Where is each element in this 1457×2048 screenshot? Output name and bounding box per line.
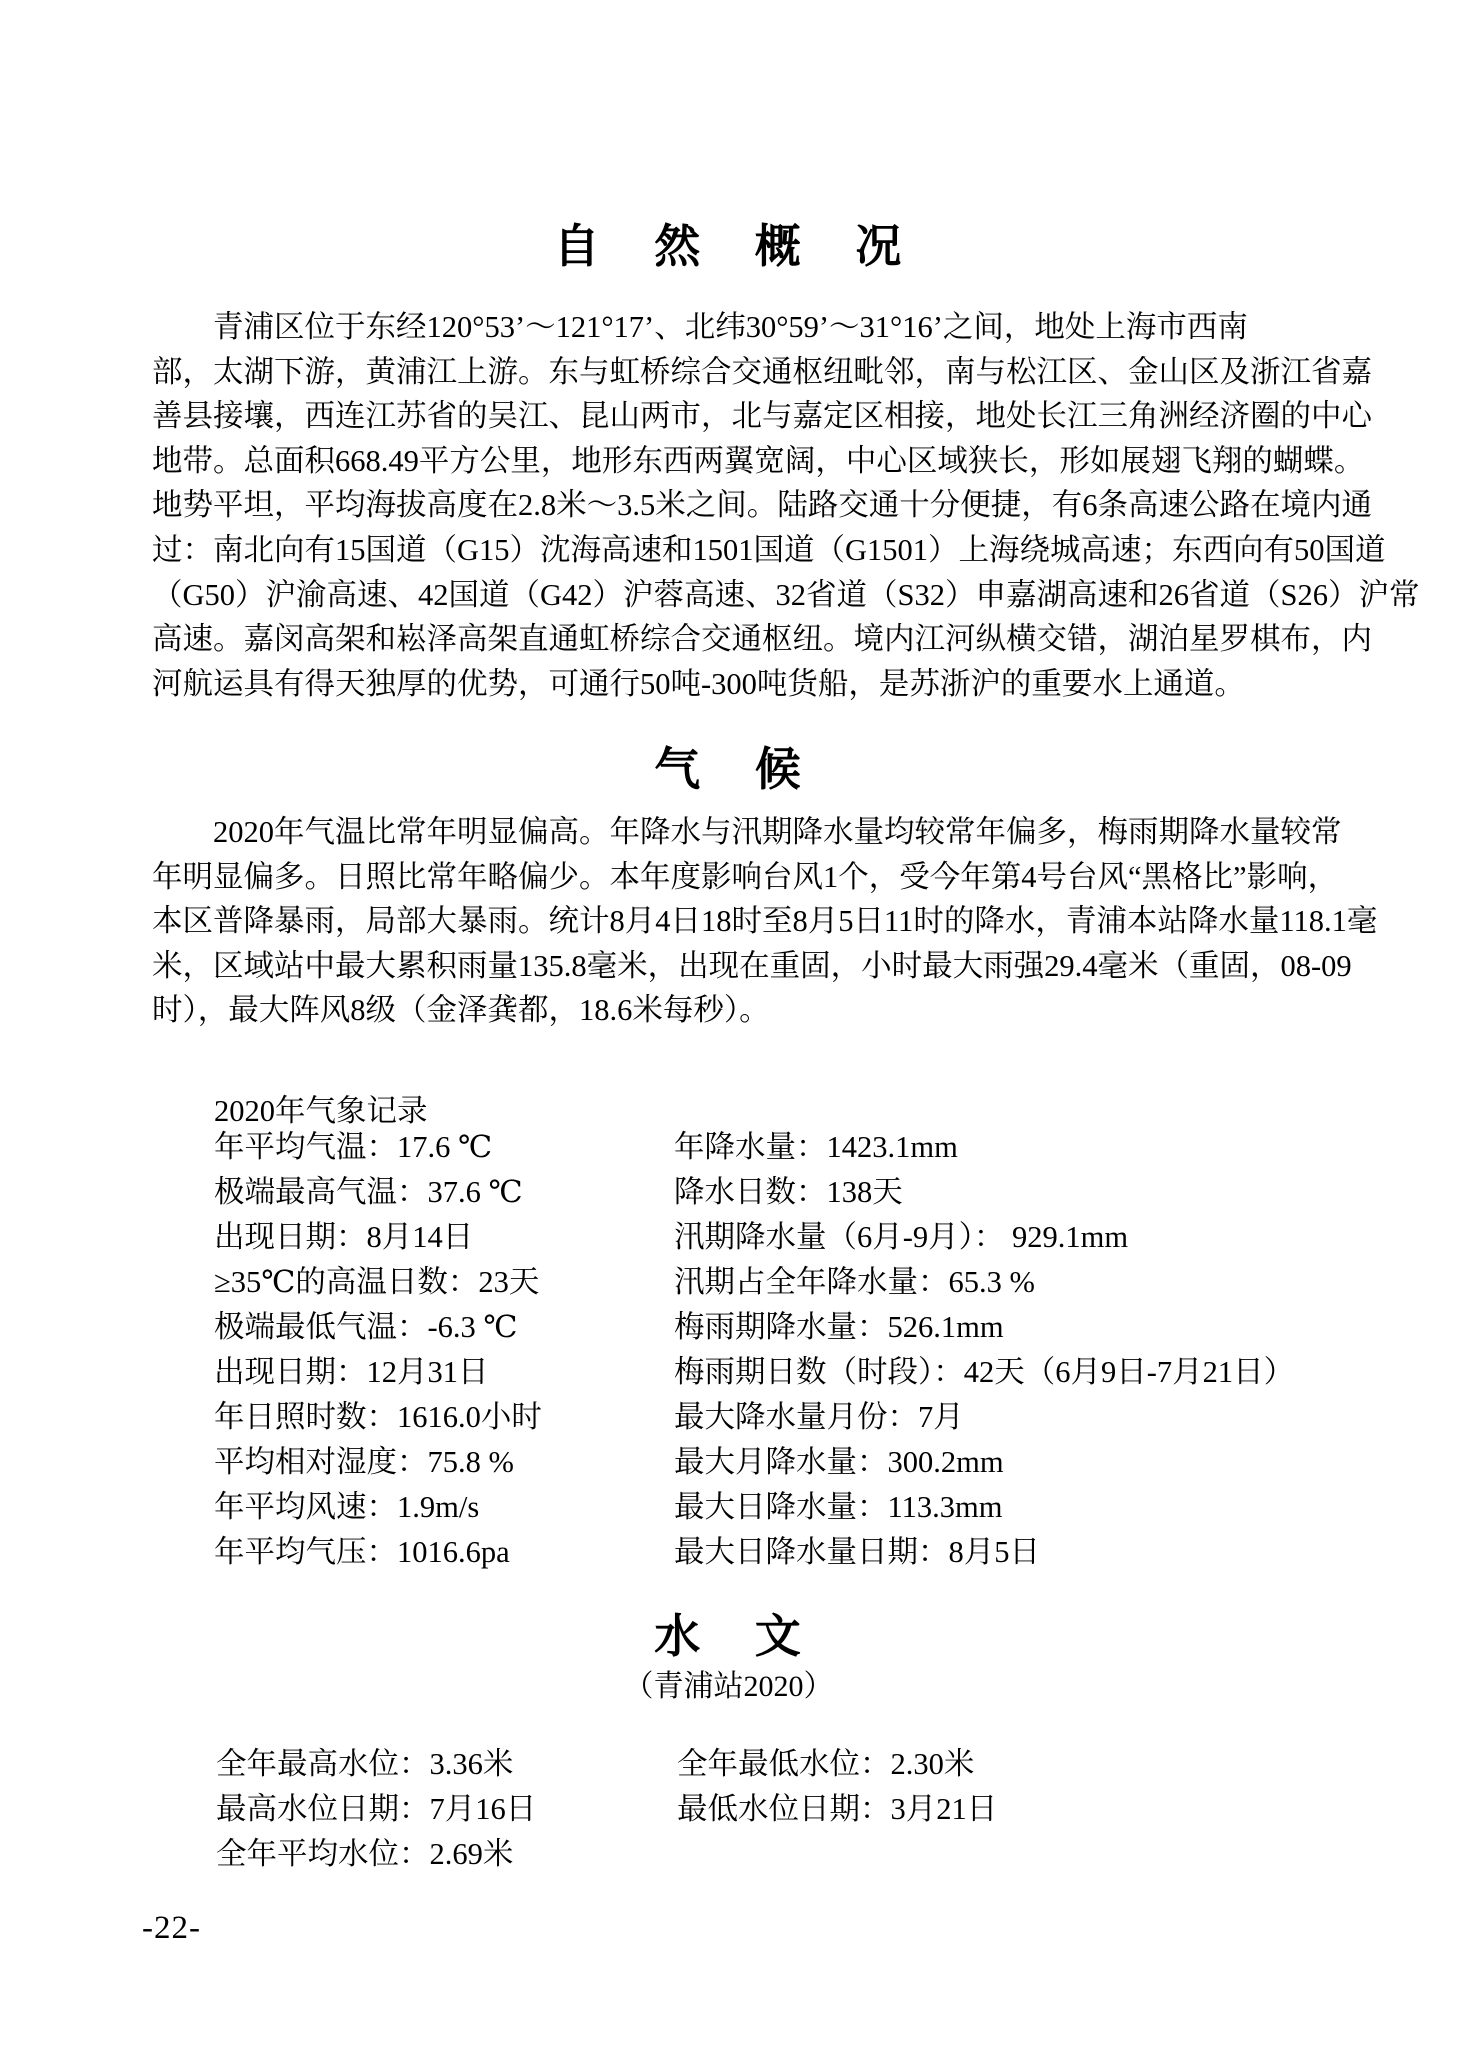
weather-records-label: 2020年气象记录 [214, 1086, 428, 1130]
paragraph-line: 善县接壤，西连江苏省的吴江、昆山两市，北与嘉定区相接，地处长江三角洲经济圈的中心 [152, 394, 1347, 439]
natural-overview-paragraph: 青浦区位于东经120°53’～121°17’、北纬30°59’～31°16’之间… [152, 305, 1347, 706]
paragraph-line: 过：南北向有15国道（G15）沈海高速和1501国道（G1501）上海绕城高速；… [152, 528, 1347, 573]
hydrology-record-item: 全年平均水位：2.69米 [216, 1832, 536, 1877]
weather-record-item: 梅雨期降水量：526.1mm [674, 1305, 1294, 1350]
weather-record-item: 年平均气压：1016.6pa [214, 1530, 542, 1575]
paragraph-line: 地势平坦，平均海拔高度在2.8米～3.5米之间。陆路交通十分便捷，有6条高速公路… [152, 483, 1347, 528]
paragraph-line: 高速。嘉闵高架和崧泽高架直通虹桥综合交通枢纽。境内江河纵横交错，湖泊星罗棋布，内 [152, 617, 1347, 662]
weather-record-item: 年降水量：1423.1mm [674, 1125, 1294, 1170]
paragraph-line: 2020年气温比常年明显偏高。年降水与汛期降水量均较常年偏多，梅雨期降水量较常 [152, 810, 1347, 855]
paragraph-line: 本区普降暴雨，局部大暴雨。统计8月4日18时至8月5日11时的降水，青浦本站降水… [152, 899, 1347, 944]
hydrology-record-item: 最高水位日期：7月16日 [216, 1787, 536, 1832]
weather-record-item: 年日照时数：1616.0小时 [214, 1395, 542, 1440]
weather-records-right-column: 年降水量：1423.1mm 降水日数：138天 汛期降水量（6月-9月）： 92… [674, 1125, 1294, 1575]
hydrology-record-item: 全年最低水位：2.30米 [677, 1742, 997, 1787]
weather-record-item: 降水日数：138天 [674, 1170, 1294, 1215]
weather-record-item: 年平均风速：1.9m/s [214, 1485, 542, 1530]
weather-record-item: 最大月降水量：300.2mm [674, 1440, 1294, 1485]
weather-record-item: 最大日降水量：113.3mm [674, 1485, 1294, 1530]
paragraph-line: 时），最大阵风8级（金泽龚都，18.6米每秒）。 [152, 988, 1347, 1033]
weather-record-item: 极端最低气温：-6.3 ℃ [214, 1305, 542, 1350]
section-title-natural-overview: 自 然 概 况 [0, 210, 1457, 276]
section-title-hydrology: 水 文 [0, 1600, 1457, 1666]
paragraph-line: 青浦区位于东经120°53’～121°17’、北纬30°59’～31°16’之间… [152, 305, 1347, 350]
hydrology-record-item: 全年最高水位：3.36米 [216, 1742, 536, 1787]
hydrology-subtitle-station: （青浦站2020） [0, 1661, 1457, 1705]
paragraph-line: 部，太湖下游，黄浦江上游。东与虹桥综合交通枢纽毗邻，南与松江区、金山区及浙江省嘉 [152, 350, 1347, 395]
weather-record-item: 出现日期：12月31日 [214, 1350, 542, 1395]
paragraph-line: 地带。总面积668.49平方公里，地形东西两翼宽阔，中心区域狭长，形如展翅飞翔的… [152, 439, 1347, 484]
climate-paragraph: 2020年气温比常年明显偏高。年降水与汛期降水量均较常年偏多，梅雨期降水量较常 … [152, 810, 1347, 1033]
section-title-climate: 气 候 [0, 733, 1457, 799]
weather-record-item: 最大降水量月份：7月 [674, 1395, 1294, 1440]
weather-record-item: 汛期降水量（6月-9月）： 929.1mm [674, 1215, 1294, 1260]
hydrology-left-column: 全年最高水位：3.36米 最高水位日期：7月16日 全年平均水位：2.69米 [216, 1742, 536, 1877]
weather-record-item: 最大日降水量日期：8月5日 [674, 1530, 1294, 1575]
weather-records-left-column: 年平均气温：17.6 ℃ 极端最高气温：37.6 ℃ 出现日期：8月14日 ≥3… [214, 1125, 542, 1575]
paragraph-line: （G50）沪渝高速、42国道（G42）沪蓉高速、32省道（S32）申嘉湖高速和2… [152, 573, 1347, 618]
weather-record-item: 年平均气温：17.6 ℃ [214, 1125, 542, 1170]
paragraph-line: 米，区域站中最大累积雨量135.8毫米，出现在重固，小时最大雨强29.4毫米（重… [152, 944, 1347, 989]
page-number: -22- [142, 1910, 201, 1947]
weather-record-item: 汛期占全年降水量：65.3 % [674, 1260, 1294, 1305]
paragraph-line: 河航运具有得天独厚的优势，可通行50吨-300吨货船，是苏浙沪的重要水上通道。 [152, 662, 1347, 707]
paragraph-line: 年明显偏多。日照比常年略偏少。本年度影响台风1个，受今年第4号台风“黑格比”影响… [152, 855, 1347, 900]
weather-record-item: ≥35℃的高温日数：23天 [214, 1260, 542, 1305]
weather-record-item: 出现日期：8月14日 [214, 1215, 542, 1260]
weather-record-item: 平均相对湿度：75.8 % [214, 1440, 542, 1485]
weather-record-item: 梅雨期日数（时段）：42天（6月9日-7月21日） [674, 1350, 1294, 1395]
weather-record-item: 极端最高气温：37.6 ℃ [214, 1170, 542, 1215]
document-page: 自 然 概 况 青浦区位于东经120°53’～121°17’、北纬30°59’～… [0, 0, 1457, 2048]
hydrology-record-item: 最低水位日期：3月21日 [677, 1787, 997, 1832]
hydrology-right-column: 全年最低水位：2.30米 最低水位日期：3月21日 [677, 1742, 997, 1832]
